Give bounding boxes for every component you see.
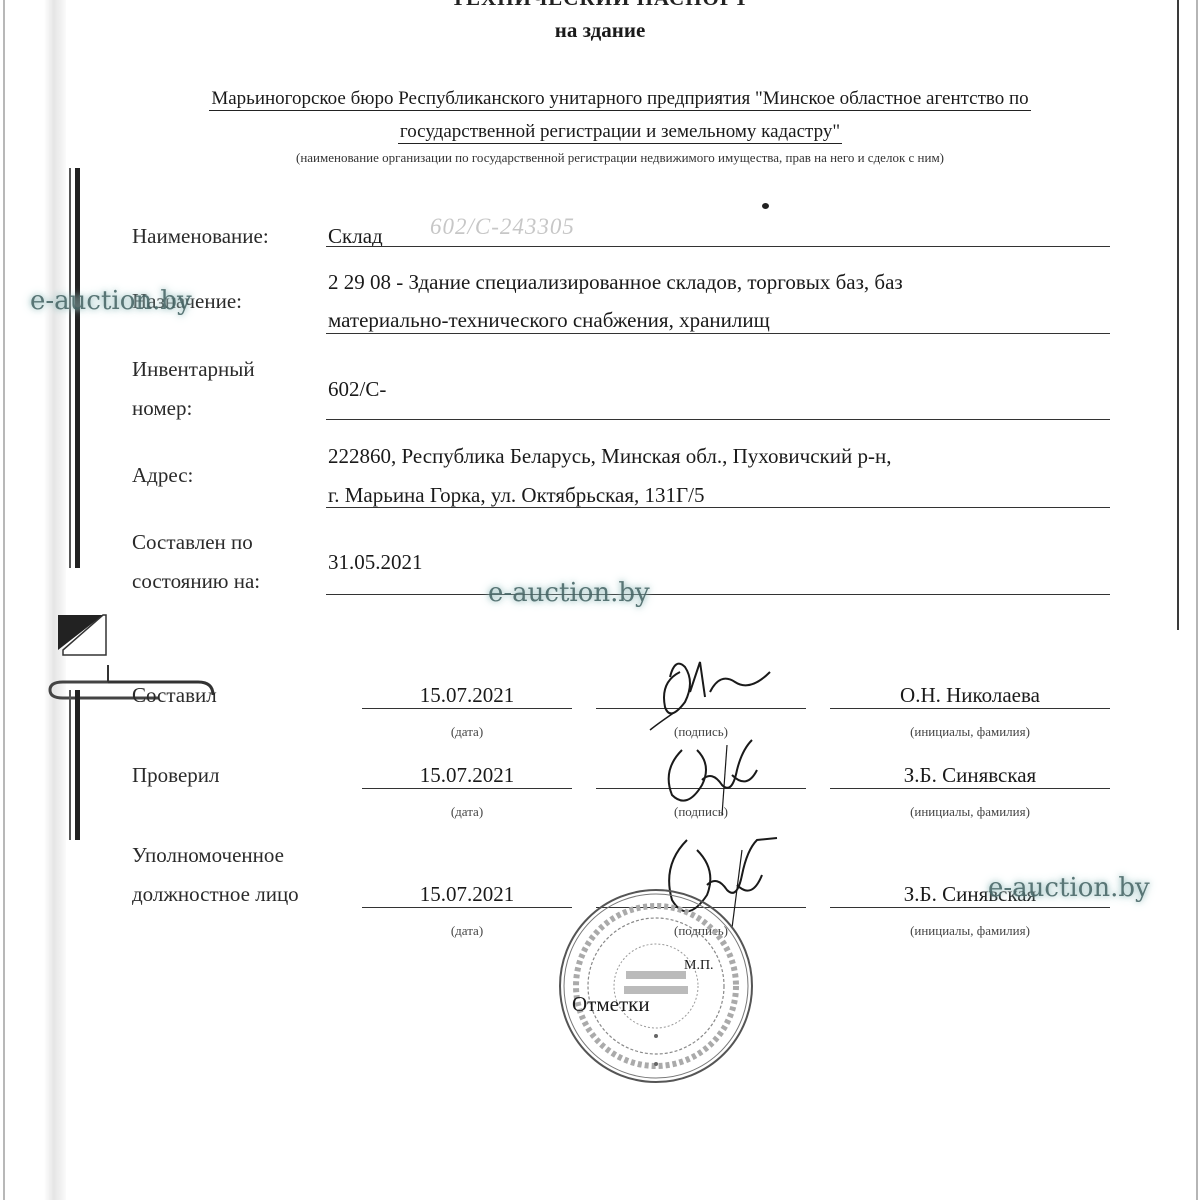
compiled-date-line (362, 708, 572, 709)
binding-shadow (44, 0, 66, 1200)
inventory-value: 602/С- (328, 371, 386, 408)
caption-date: (дата) (362, 804, 572, 820)
address-label: Адрес: (132, 457, 193, 494)
authorized-name-line (830, 907, 1110, 908)
authorized-label-line-2: должностное лицо (132, 882, 299, 907)
checked-date-line (362, 788, 572, 789)
scanned-document: ТЕХНИЧЕСКИЙ ПАСПОРТ на здание Марьиногор… (0, 0, 1200, 1200)
handwritten-note: 602/С-243305 (430, 214, 575, 240)
authorized-date: 15.07.2021 (362, 882, 572, 907)
organization-line-2: государственной регистрации и земельному… (120, 121, 1120, 143)
as-of-label-line-2: состоянию на: (132, 563, 260, 600)
name-value: Склад (328, 218, 383, 255)
inventory-label-line-2: номер: (132, 390, 192, 427)
caption-date: (дата) (362, 923, 572, 939)
caption-name: (инициалы, фамилия) (830, 804, 1110, 820)
watermark: e-auction.by (988, 873, 1150, 903)
scan-edge-left (3, 0, 5, 1200)
name-underline (326, 246, 1110, 247)
watermark: e-auction.by (30, 286, 192, 316)
checked-date: 15.07.2021 (362, 763, 572, 788)
scan-edge-right-outer (1196, 0, 1198, 1200)
watermark: e-auction.by (488, 578, 650, 608)
compiled-by-label: Составил (132, 683, 217, 708)
ink-dot (762, 203, 769, 209)
checked-name: З.Б. Синявская (830, 763, 1110, 788)
organization-caption: (наименование организации по государстве… (120, 150, 1120, 166)
signature-icon (652, 730, 772, 820)
purpose-value-line-1: 2 29 08 - Здание специализированное скла… (328, 264, 903, 301)
inventory-label-line-1: Инвентарный (132, 351, 255, 388)
document-subtitle: на здание (0, 18, 1200, 43)
scan-edge-right (1177, 0, 1179, 630)
official-seal-icon (556, 886, 756, 1086)
compiled-date: 15.07.2021 (362, 683, 572, 708)
authorized-date-line (362, 907, 572, 908)
caption-name: (инициалы, фамилия) (830, 724, 1110, 740)
binder-strip-icon (66, 168, 84, 568)
binder-strip-lower-icon (66, 690, 84, 840)
address-value-line-2: г. Марьина Горка, ул. Октябрьская, 131Г/… (328, 477, 705, 514)
caption-date: (дата) (362, 724, 572, 740)
authorized-label-line-1: Уполномоченное (132, 843, 284, 868)
stamp-place-label: М.П. (684, 958, 714, 974)
checked-by-label: Проверил (132, 763, 220, 788)
signature-icon (640, 652, 780, 732)
address-value-line-1: 222860, Республика Беларусь, Минская обл… (328, 438, 891, 475)
name-label: Наименование: (132, 218, 269, 255)
as-of-label-line-1: Составлен по (132, 524, 253, 561)
as-of-value: 31.05.2021 (328, 544, 423, 581)
checked-name-line (830, 788, 1110, 789)
organization-line-1: Марьиногорское бюро Республиканского уни… (120, 88, 1120, 110)
document-title: ТЕХНИЧЕСКИЙ ПАСПОРТ (0, 0, 1200, 11)
address-underline (326, 507, 1110, 508)
caption-name: (инициалы, фамилия) (830, 923, 1110, 939)
as-of-underline (326, 594, 1110, 595)
marks-heading: Отметки (572, 992, 650, 1017)
inventory-underline (326, 419, 1110, 420)
purpose-underline (326, 333, 1110, 334)
compiled-name-line (830, 708, 1110, 709)
compiled-name: О.Н. Николаева (830, 683, 1110, 708)
